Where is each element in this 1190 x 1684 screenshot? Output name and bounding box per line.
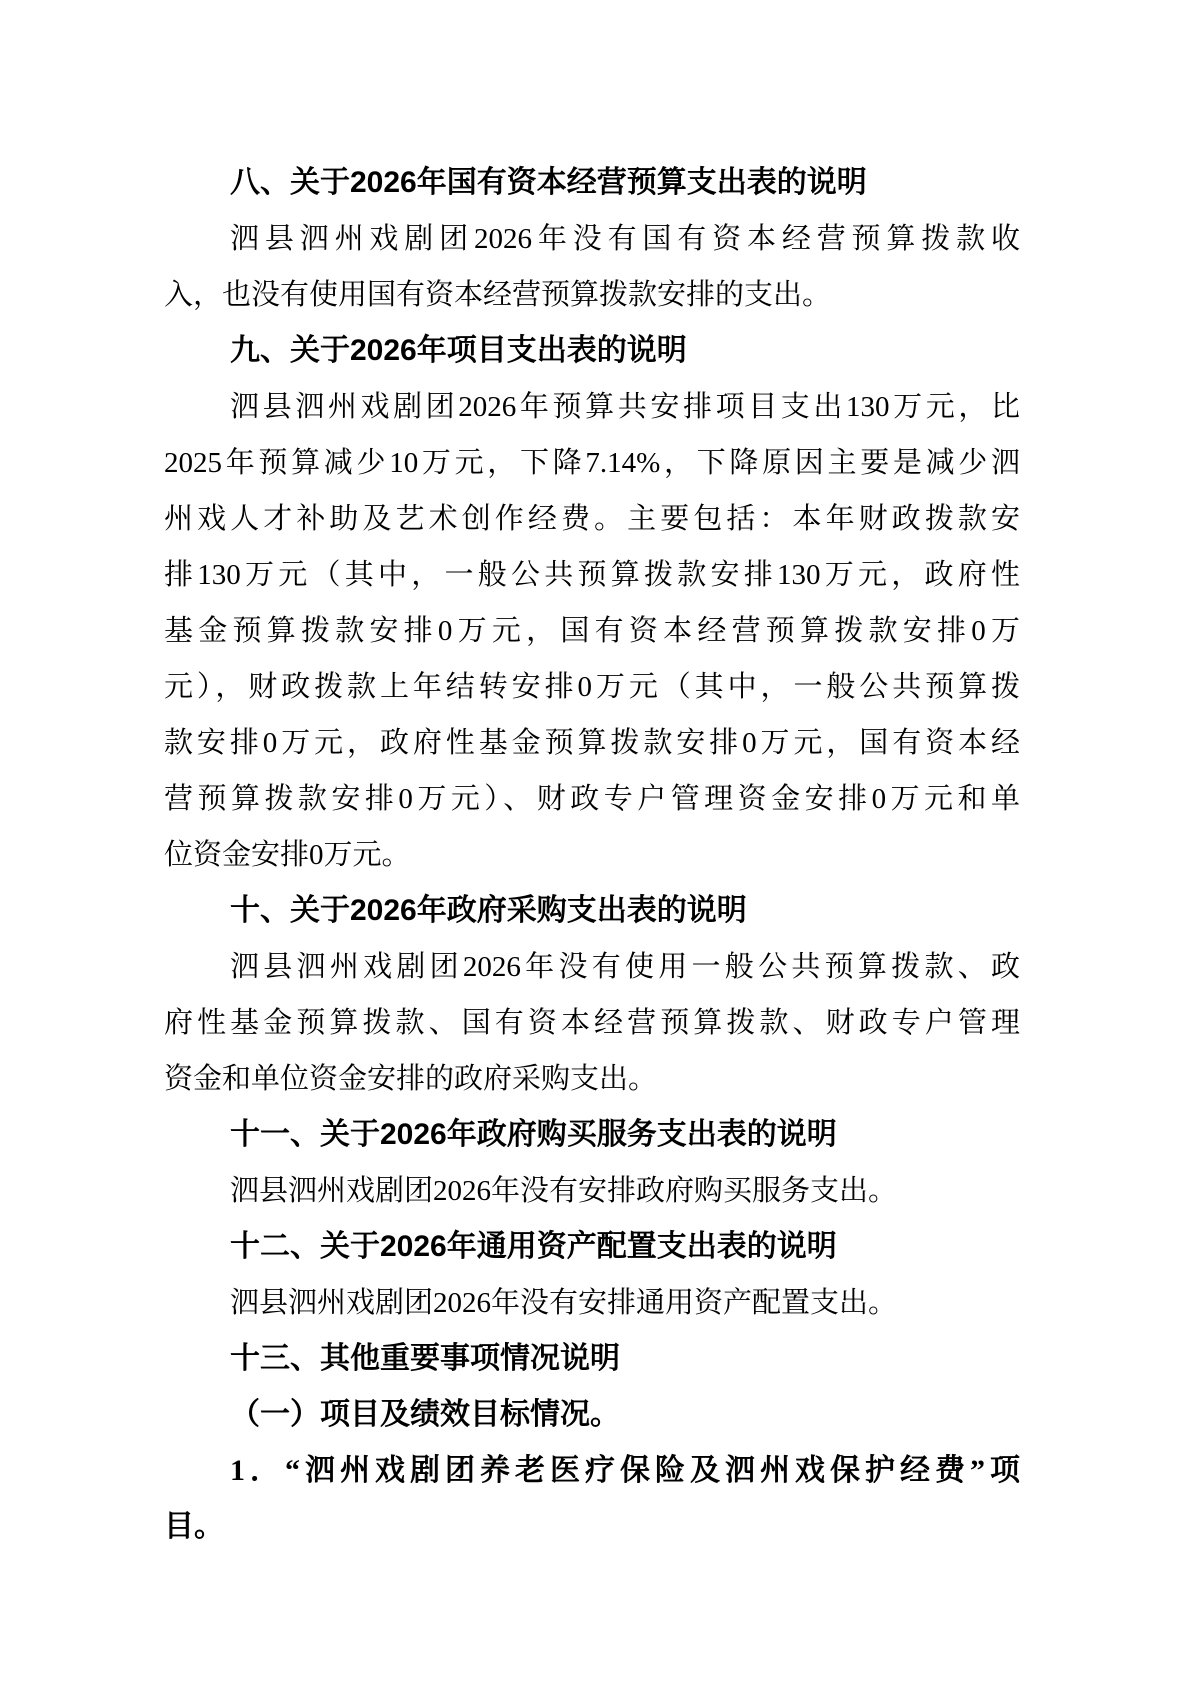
heading-section-13: 十三、其他重要事项情况说明 <box>164 1331 1020 1387</box>
para-asset-allocation: 泗县泗州戏剧团2026年没有安排通用资产配置支出。 <box>164 1275 1020 1331</box>
section-heading-text: 十一、关于2026年政府购买服务支出表的说明 <box>164 1107 1020 1163</box>
text-line: 营预算拨款安排0万元）、财政专户管理资金安排0万元和单 <box>164 771 1020 827</box>
text-line: 1．“泗州戏剧团养老医疗保险及泗州戏保护经费”项 <box>164 1443 1020 1499</box>
heading-section-10: 十、关于2026年政府采购支出表的说明 <box>164 883 1020 939</box>
text-line: 泗县泗州戏剧团2026年没有安排通用资产配置支出。 <box>164 1275 1020 1331</box>
text-line: 泗县泗州戏剧团2026年没有安排政府购买服务支出。 <box>164 1163 1020 1219</box>
para-gov-purchase-services: 泗县泗州戏剧团2026年没有安排政府购买服务支出。 <box>164 1163 1020 1219</box>
section-heading-text: 十三、其他重要事项情况说明 <box>164 1331 1020 1387</box>
text-line: 泗县泗州戏剧团2026年预算共安排项目支出130万元，比 <box>164 379 1020 435</box>
text-line: 泗县泗州戏剧团2026年没有使用一般公共预算拨款、政 <box>164 939 1020 995</box>
heading-section-9: 九、关于2026年项目支出表的说明 <box>164 323 1020 379</box>
section-heading-text: 八、关于2026年国有资本经营预算支出表的说明 <box>164 155 1020 211</box>
text-line: 府性基金预算拨款、国有资本经营预算拨款、财政专户管理 <box>164 995 1020 1051</box>
para-project-name: 1．“泗州戏剧团养老医疗保险及泗州戏保护经费”项 目。 <box>164 1443 1020 1555</box>
text-line: 2025年预算减少10万元，下降7.14%，下降原因主要是减少泗 <box>164 435 1020 491</box>
text-line: 州戏人才补助及艺术创作经费。主要包括：本年财政拨款安 <box>164 491 1020 547</box>
text-line: 资金和单位资金安排的政府采购支出。 <box>164 1051 1020 1107</box>
para-project-expenditure: 泗县泗州戏剧团2026年预算共安排项目支出130万元，比 2025年预算减少10… <box>164 379 1020 883</box>
text-line: 排130万元（其中，一般公共预算拨款安排130万元，政府性 <box>164 547 1020 603</box>
section-heading-text: 十、关于2026年政府采购支出表的说明 <box>164 883 1020 939</box>
heading-section-12: 十二、关于2026年通用资产配置支出表的说明 <box>164 1219 1020 1275</box>
heading-section-8: 八、关于2026年国有资本经营预算支出表的说明 <box>164 155 1020 211</box>
text-line: 元），财政拨款上年结转安排0万元（其中，一般公共预算拨 <box>164 659 1020 715</box>
document-page: 八、关于2026年国有资本经营预算支出表的说明 泗县泗州戏剧团2026年没有国有… <box>0 0 1190 1684</box>
section-heading-text: 九、关于2026年项目支出表的说明 <box>164 323 1020 379</box>
subheading-project-goals: （一）项目及绩效目标情况。 <box>164 1387 1020 1443</box>
text-line: 位资金安排0万元。 <box>164 827 1020 883</box>
section-heading-text: 十二、关于2026年通用资产配置支出表的说明 <box>164 1219 1020 1275</box>
text-line: 基金预算拨款安排0万元，国有资本经营预算拨款安排0万 <box>164 603 1020 659</box>
text-line: 目。 <box>164 1499 1020 1555</box>
text-line: 入，也没有使用国有资本经营预算拨款安排的支出。 <box>164 267 1020 323</box>
subheading-text: （一）项目及绩效目标情况。 <box>164 1387 1020 1443</box>
para-state-capital-budget: 泗县泗州戏剧团2026年没有国有资本经营预算拨款收 入，也没有使用国有资本经营预… <box>164 211 1020 323</box>
heading-section-11: 十一、关于2026年政府购买服务支出表的说明 <box>164 1107 1020 1163</box>
text-line: 泗县泗州戏剧团2026年没有国有资本经营预算拨款收 <box>164 211 1020 267</box>
para-gov-procurement: 泗县泗州戏剧团2026年没有使用一般公共预算拨款、政 府性基金预算拨款、国有资本… <box>164 939 1020 1107</box>
text-line: 款安排0万元，政府性基金预算拨款安排0万元，国有资本经 <box>164 715 1020 771</box>
document-content: 八、关于2026年国有资本经营预算支出表的说明 泗县泗州戏剧团2026年没有国有… <box>164 155 1020 1555</box>
